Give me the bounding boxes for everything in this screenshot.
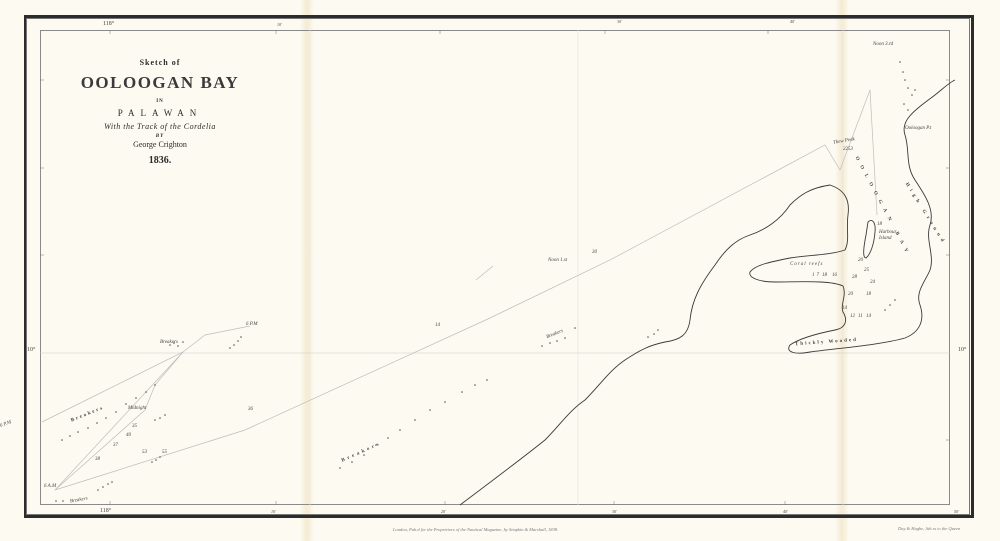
latitude-label-left: 10° bbox=[27, 347, 35, 353]
label-harbour-island: Harbour Island bbox=[879, 230, 901, 242]
title-by: BY bbox=[60, 134, 260, 139]
label-ooloogan-point: Ooloogan P.t bbox=[905, 126, 931, 131]
title-place: PALAWAN bbox=[60, 108, 260, 118]
label-6pm: 6 P.M bbox=[246, 322, 258, 327]
title-cartouche: Sketch of OOLOOGAN BAY IN PALAWAN With t… bbox=[60, 55, 260, 166]
sounding: 20 bbox=[848, 292, 853, 297]
sounding: 18 bbox=[877, 222, 882, 227]
sounding: 14 bbox=[842, 306, 847, 311]
longitude-label-bottom: 10' bbox=[271, 509, 276, 514]
sounding: 40 bbox=[126, 433, 131, 438]
sounding: 14 bbox=[435, 323, 440, 328]
longitude-label-bottom: 40' bbox=[783, 509, 788, 514]
label-6am: 6 A.M bbox=[44, 484, 56, 489]
label-noon: Noon 1.st bbox=[548, 258, 567, 263]
map-sheet: Sketch of OOLOOGAN BAY IN PALAWAN With t… bbox=[0, 0, 1000, 541]
longitude-label-bottom: 30' bbox=[612, 509, 617, 514]
title-sketch-of: Sketch of bbox=[60, 58, 260, 67]
sounding: 37 bbox=[113, 443, 118, 448]
sounding-reef: 18 bbox=[822, 273, 827, 278]
sounding: 28 bbox=[852, 275, 857, 280]
longitude-label-top: 30' bbox=[617, 19, 622, 24]
sounding: 18 bbox=[866, 292, 871, 297]
sounding: 11 bbox=[858, 314, 863, 319]
sounding: 14 bbox=[866, 314, 871, 319]
title-subtitle: With the Track of the Cordelia bbox=[60, 122, 260, 131]
longitude-label-bottom: 20' bbox=[441, 509, 446, 514]
title-main: OOLOOGAN BAY bbox=[60, 73, 260, 93]
coastline bbox=[460, 80, 955, 505]
label-breakers: Breakers bbox=[160, 340, 178, 345]
sounding: 24 bbox=[870, 280, 875, 285]
sounding: 25 bbox=[864, 268, 869, 273]
label-coral-reefs: Coral reefs bbox=[790, 262, 823, 267]
longitude-label-top: 10' bbox=[277, 22, 282, 27]
longitude-label-top: 118° bbox=[103, 21, 114, 27]
sounding: 20 bbox=[858, 258, 863, 263]
sounding-reef: 16 bbox=[832, 273, 837, 278]
sounding: 12 bbox=[850, 314, 855, 319]
title-in: IN bbox=[60, 99, 260, 104]
sounding: 38 bbox=[95, 457, 100, 462]
sounding: 53 bbox=[142, 450, 147, 455]
label-noon-top: Noon 3.rd bbox=[873, 42, 893, 47]
longitude-label-top: 40' bbox=[790, 19, 795, 24]
sounding: 55 bbox=[162, 450, 167, 455]
sounding: 36 bbox=[248, 407, 253, 412]
longitude-label-bottom: 50' bbox=[954, 509, 959, 514]
title-year: 1836. bbox=[60, 155, 260, 166]
label-midnight: Midnight bbox=[128, 406, 146, 411]
sounding-reef: 17 bbox=[812, 273, 821, 278]
longitude-label-bottom: 118° bbox=[100, 508, 111, 514]
sounding: 35 bbox=[132, 424, 137, 429]
engraver-imprint: Day & Haghe, lith.rs to the Queen bbox=[898, 526, 960, 531]
publisher-imprint: London, Pub.d for the Proprietors of the… bbox=[393, 527, 558, 532]
sounding: 30 bbox=[592, 250, 597, 255]
label-thew-peak-height: 2253 bbox=[843, 147, 853, 152]
title-author: George Crighton bbox=[60, 140, 260, 149]
latitude-label-right: 10° bbox=[958, 347, 966, 353]
